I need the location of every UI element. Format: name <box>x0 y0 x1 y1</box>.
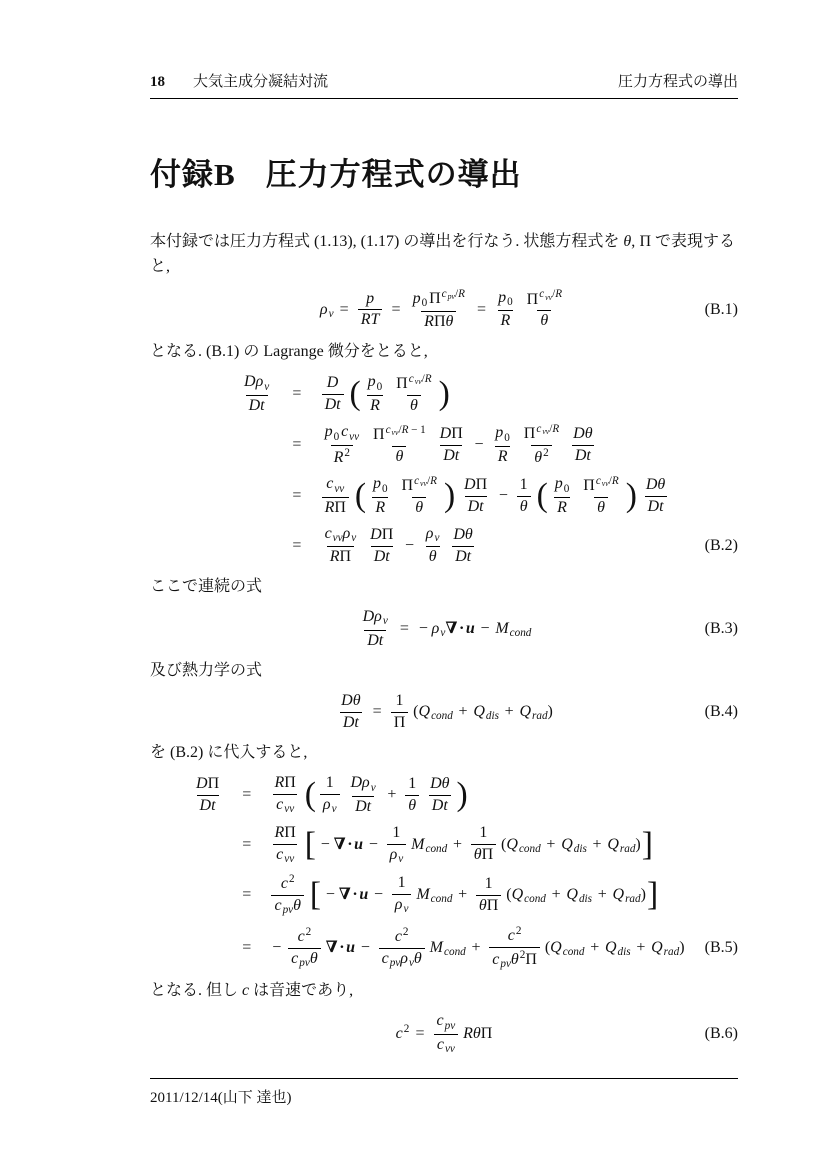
paragraph-intro: 本付録では圧力方程式 (1.13), (1.17) の導出を行なう. 状態方程式… <box>150 230 738 280</box>
equation-b6-formula: c2=cpvcvvRθΠ <box>396 1011 493 1057</box>
equation-b4-formula: DθDt=1Π(Qcond+Qdis+Qrad) <box>335 691 553 734</box>
paragraph-continuity: ここで連続の式 <box>150 575 738 600</box>
eq-rhs: c2cpvθ[−∇·u−1ρvMcond+1θΠ(Qcond+Qdis+Qrad… <box>268 872 659 919</box>
eq-lhs: DρvDt <box>238 372 275 416</box>
equation-b6-tag: (B.6) <box>705 1025 738 1043</box>
eq-rhs: RΠcvv[−∇·u−1ρvMcond+1θΠ(Qcond+Qdis+Qrad)… <box>268 823 653 867</box>
equation-b1-formula: ρv=pRT=p0Πcpv/RRΠθ=p0RΠcvv/Rθ <box>320 287 568 334</box>
equation-b3: DρvDt=−ρv∇·u−Mcond (B.3) <box>150 607 738 651</box>
equation-b6: c2=cpvcvvRθΠ (B.6) <box>150 1011 738 1057</box>
eq-lhs: DΠDt <box>190 774 225 817</box>
eq-rhs: cvvρvRΠDΠDt−ρvθDθDt <box>319 524 479 568</box>
equation-b4-tag: (B.4) <box>705 703 738 721</box>
eq-rel: = <box>238 786 255 804</box>
eq-rel: = <box>288 385 305 403</box>
equation-b1: ρv=pRT=p0Πcpv/RRΠθ=p0RΠcvv/Rθ (B.1) <box>150 287 738 334</box>
eq-rhs: RΠcvv(1ρvDρvDt+1θDθDt) <box>268 773 468 817</box>
page-number: 18 <box>150 74 165 91</box>
eq-rel: = <box>288 436 305 454</box>
chapter-title-text: 圧力方程式の導出 <box>266 157 522 192</box>
eq-rel: = <box>238 886 255 904</box>
eq-rhs: −c2cpvθ∇·u−c2cpvρvθMcond+c2cpvθ2Π(Qcond+… <box>268 924 684 973</box>
eq-rhs: cvvRΠ(p0RΠcvv/Rθ)DΠDt−1θ(p0RΠcvv/Rθ)DθDt <box>319 474 672 519</box>
eq-rel: = <box>238 939 255 957</box>
header-right-title: 圧力方程式の導出 <box>618 70 738 91</box>
document-page: 18 大気主成分凝結対流 圧力方程式の導出 付録B圧力方程式の導出 本付録では圧… <box>0 0 826 1169</box>
running-header: 18 大気主成分凝結対流 圧力方程式の導出 <box>150 70 738 99</box>
equation-block-b2: DρvDt = DDt(p0RΠcvv/Rθ) = p0cvvR2Πcvv/R−… <box>150 372 738 568</box>
equation-b1-tag: (B.1) <box>705 301 738 319</box>
equation-b4: DθDt=1Π(Qcond+Qdis+Qrad) (B.4) <box>150 690 738 734</box>
eq-rel: = <box>288 537 305 555</box>
eq-tag: (B.2) <box>705 537 738 555</box>
paragraph-thermodynamics: 及び熱力学の式 <box>150 659 738 684</box>
page-footer: 2011/12/14(山下 達也) <box>150 1078 738 1107</box>
eq-rel: = <box>288 487 305 505</box>
paragraph-soundspeed: となる. 但し c は音速であり, <box>150 979 738 1004</box>
eq-tag: (B.5) <box>705 939 738 957</box>
equation-block-b5: DΠDt = RΠcvv(1ρvDρvDt+1θDθDt) = RΠcvv[−∇… <box>150 773 738 972</box>
page-content: 18 大気主成分凝結対流 圧力方程式の導出 付録B圧力方程式の導出 本付録では圧… <box>0 0 826 1064</box>
paragraph-substitute: を (B.2) に代入すると, <box>150 741 738 766</box>
eq-rhs: p0cvvR2Πcvv/R−1θDΠDt−p0RΠcvv/Rθ2DθDt <box>319 422 599 469</box>
chapter-title-prefix: 付録B <box>150 157 236 192</box>
eq-rhs: DDt(p0RΠcvv/Rθ) <box>319 372 451 417</box>
equation-b3-formula: DρvDt=−ρv∇·u−Mcond <box>357 607 532 651</box>
eq-rel: = <box>238 836 255 854</box>
footer-date-author: 2011/12/14(山下 達也) <box>150 1090 292 1106</box>
equation-b3-tag: (B.3) <box>705 620 738 638</box>
chapter-title: 付録B圧力方程式の導出 <box>150 149 738 194</box>
header-left-title: 大気主成分凝結対流 <box>193 70 328 91</box>
paragraph-lagrange: となる. (B.1) の Lagrange 微分をとると, <box>150 340 738 365</box>
